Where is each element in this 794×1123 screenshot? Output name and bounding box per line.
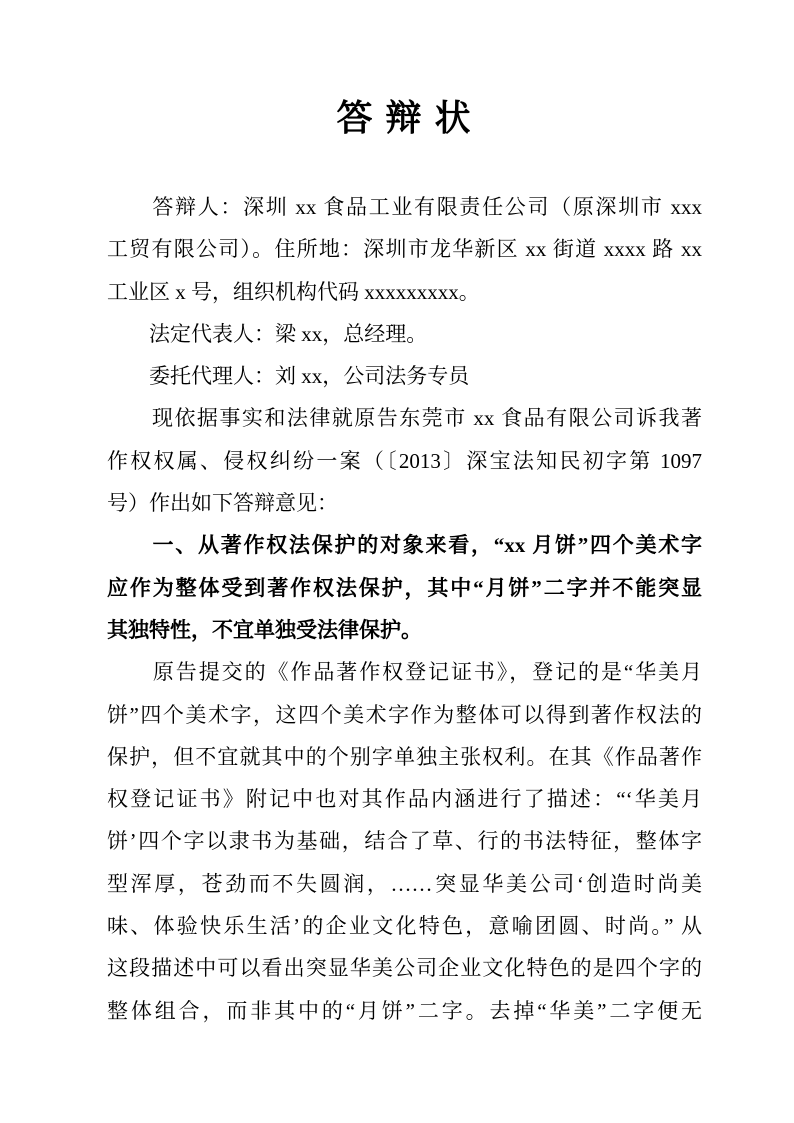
document-line: 应作为整体受到著作权法保护，其中“月饼”二字并不能突显: [107, 567, 702, 609]
document-line: 保护，但不宜就其中的个别字单独主张权利。在其《作品著作: [107, 736, 702, 778]
document-line: 工贸有限公司）。住所地：深圳市龙华新区 xx 街道 xxxx 路 xx: [107, 228, 702, 270]
paragraph: 原告提交的《作品著作权登记证书》，登记的是“华美月饼”四个美术字，这四个美术字作…: [107, 651, 702, 1032]
document-line: 权登记证书》附记中也对其作品内涵进行了描述：“‘华美月: [107, 778, 702, 820]
paragraph: 委托代理人：刘 xx，公司法务专员: [107, 355, 702, 397]
document-body: 答辩人：深圳 xx 食品工业有限责任公司（原深圳市 xxx工贸有限公司）。住所地…: [107, 186, 702, 1032]
paragraph: 一、从著作权法保护的对象来看，“xx 月饼”四个美术字应作为整体受到著作权法保护…: [107, 524, 702, 651]
document-line: 委托代理人：刘 xx，公司法务专员: [107, 355, 702, 397]
paragraph: 法定代表人：梁 xx，总经理。: [107, 313, 702, 355]
document-line: 这段描述中可以看出突显华美公司企业文化特色的是四个字的: [107, 947, 702, 989]
document-line: 味、体验快乐生活’的企业文化特色，意喻团圆、时尚。” 从: [107, 905, 702, 947]
document-line: 工业区 x 号，组织机构代码 xxxxxxxxx。: [107, 271, 702, 313]
document-line: 饼’四个字以隶书为基础，结合了草、行的书法特征，整体字: [107, 820, 702, 862]
document-line: 原告提交的《作品著作权登记证书》，登记的是“华美月: [107, 651, 702, 693]
document-line: 答辩人：深圳 xx 食品工业有限责任公司（原深圳市 xxx: [107, 186, 702, 228]
document-line: 法定代表人：梁 xx，总经理。: [107, 313, 702, 355]
document-line: 其独特性，不宜单独受法律保护。: [107, 609, 702, 651]
paragraph: 答辩人：深圳 xx 食品工业有限责任公司（原深圳市 xxx工贸有限公司）。住所地…: [107, 186, 702, 313]
document-page: 答 辩 状 答辩人：深圳 xx 食品工业有限责任公司（原深圳市 xxx工贸有限公…: [0, 0, 794, 1123]
document-line: 现依据事实和法律就原告东莞市 xx 食品有限公司诉我著: [107, 397, 702, 439]
document-line: 型浑厚，苍劲而不失圆润，……突显华美公司‘创造时尚美: [107, 863, 702, 905]
document-line: 饼”四个美术字，这四个美术字作为整体可以得到著作权法的: [107, 694, 702, 736]
paragraph: 现依据事实和法律就原告东莞市 xx 食品有限公司诉我著作权权属、侵权纠纷一案（〔…: [107, 397, 702, 524]
document-line: 整体组合，而非其中的“月饼”二字。去掉“华美”二字便无: [107, 990, 702, 1032]
document-line: 一、从著作权法保护的对象来看，“xx 月饼”四个美术字: [107, 524, 702, 566]
document-line: 号）作出如下答辩意见：: [107, 482, 702, 524]
document-title: 答 辩 状: [107, 0, 702, 142]
document-line: 作权权属、侵权纠纷一案（〔2013〕深宝法知民初字第 1097: [107, 440, 702, 482]
